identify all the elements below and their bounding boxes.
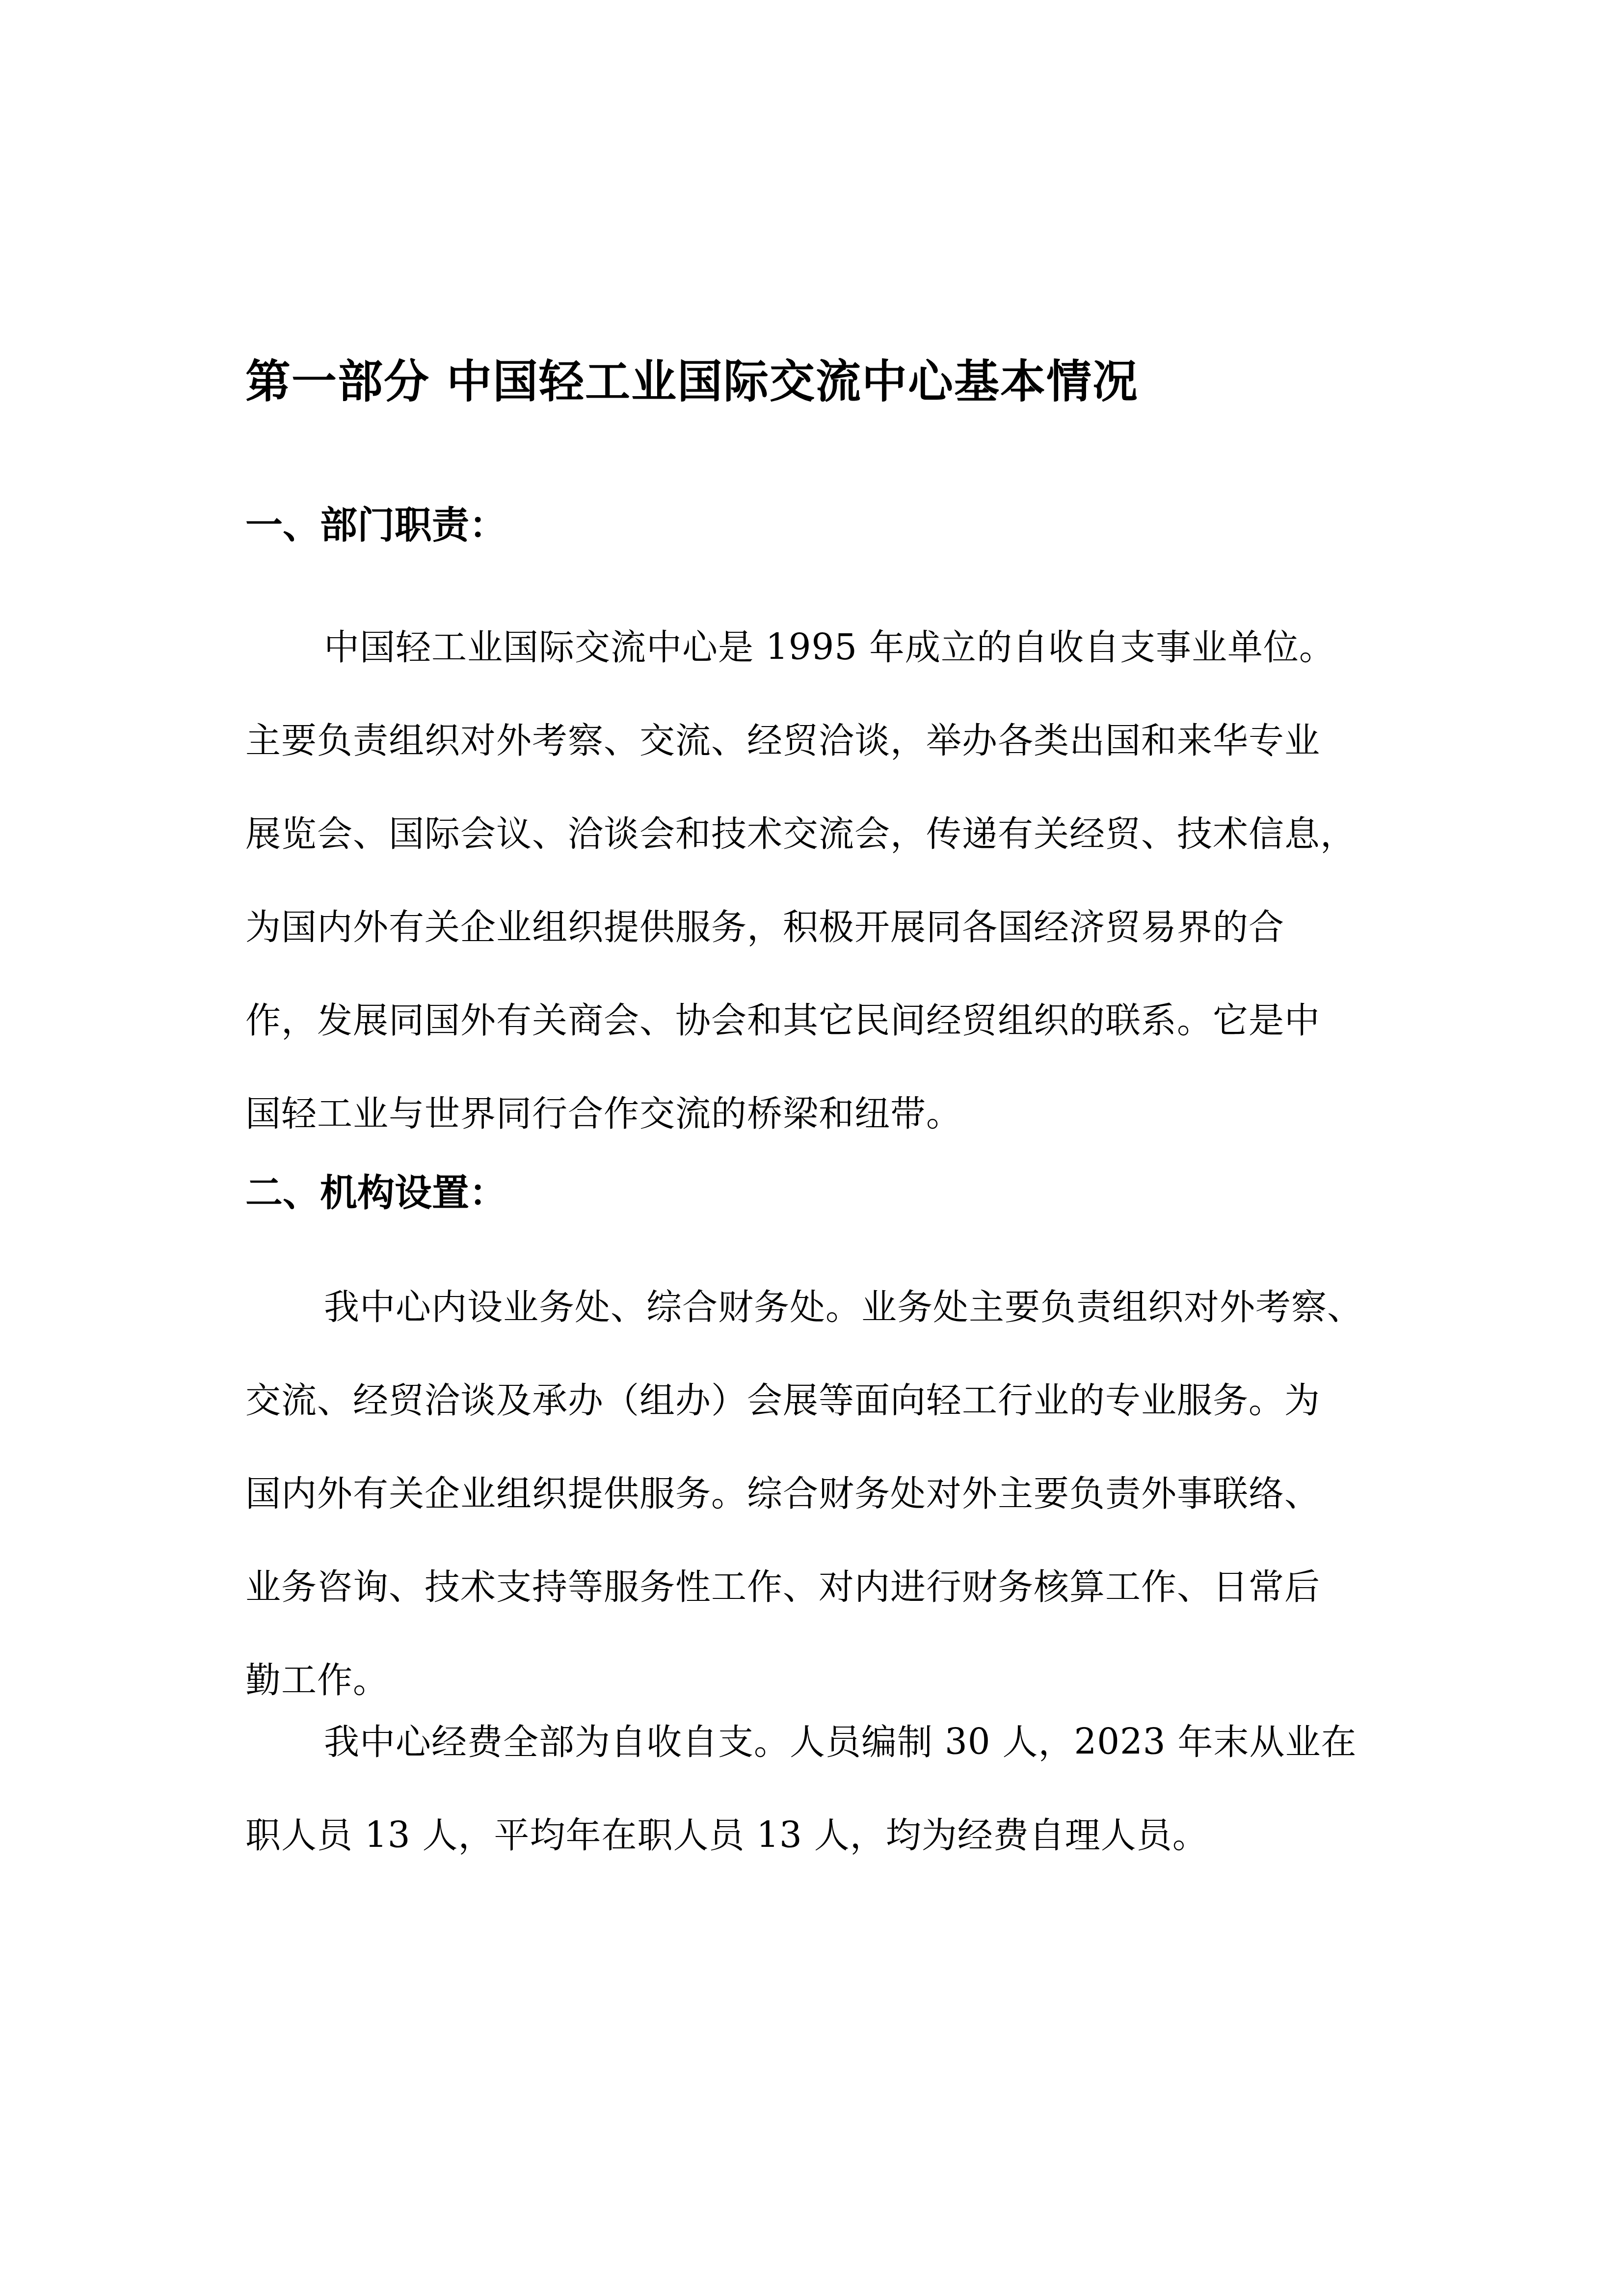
paragraph-line: 中国轻工业国际交流中心是 1995 年成立的自收自支事业单位。 [245, 622, 1394, 716]
paragraph-line: 主要负责组织对外考察、交流、经贸洽谈，举办各类出国和来华专业 [245, 716, 1394, 809]
paragraph-line: 职人员 13 人，平均年在职人员 13 人，均为经费自理人员。 [245, 1810, 1394, 1904]
paragraph-line: 国内外有关企业组织提供服务。综合财务处对外主要负责外事联络、 [245, 1469, 1394, 1562]
paragraph-line: 为国内外有关企业组织提供服务，积极开展同各国经济贸易界的合 [245, 902, 1394, 996]
page-title: 第一部分 中国轻工业国际交流中心基本情况 [245, 352, 1139, 411]
paragraph-line: 作，发展同国外有关商会、协会和其它民间经贸组织的联系。它是中 [245, 996, 1394, 1089]
paragraph-line: 业务咨询、技术支持等服务性工作、对内进行财务核算工作、日常后 [245, 1562, 1394, 1655]
paragraph-line: 交流、经贸洽谈及承办（组办）会展等面向轻工行业的专业服务。为 [245, 1376, 1394, 1469]
paragraph-funding-staff: 我中心经费全部为自收自支。人员编制 30 人，2023 年末从业在 职人员 13… [245, 1717, 1394, 1904]
paragraph-line: 展览会、国际会议、洽谈会和技术交流会，传递有关经贸、技术信息， [245, 809, 1394, 902]
paragraph-responsibilities: 中国轻工业国际交流中心是 1995 年成立的自收自支事业单位。 主要负责组织对外… [245, 622, 1394, 1182]
section-heading-organization: 二、机构设置： [245, 1168, 506, 1217]
paragraph-line: 我中心经费全部为自收自支。人员编制 30 人，2023 年末从业在 [245, 1717, 1394, 1810]
paragraph-line: 我中心内设业务处、综合财务处。业务处主要负责组织对外考察、 [245, 1282, 1394, 1376]
paragraph-organization: 我中心内设业务处、综合财务处。业务处主要负责组织对外考察、 交流、经贸洽谈及承办… [245, 1282, 1394, 1749]
document-page: 第一部分 中国轻工业国际交流中心基本情况 一、部门职责： 中国轻工业国际交流中心… [0, 0, 1623, 2296]
section-heading-responsibilities: 一、部门职责： [245, 501, 506, 550]
